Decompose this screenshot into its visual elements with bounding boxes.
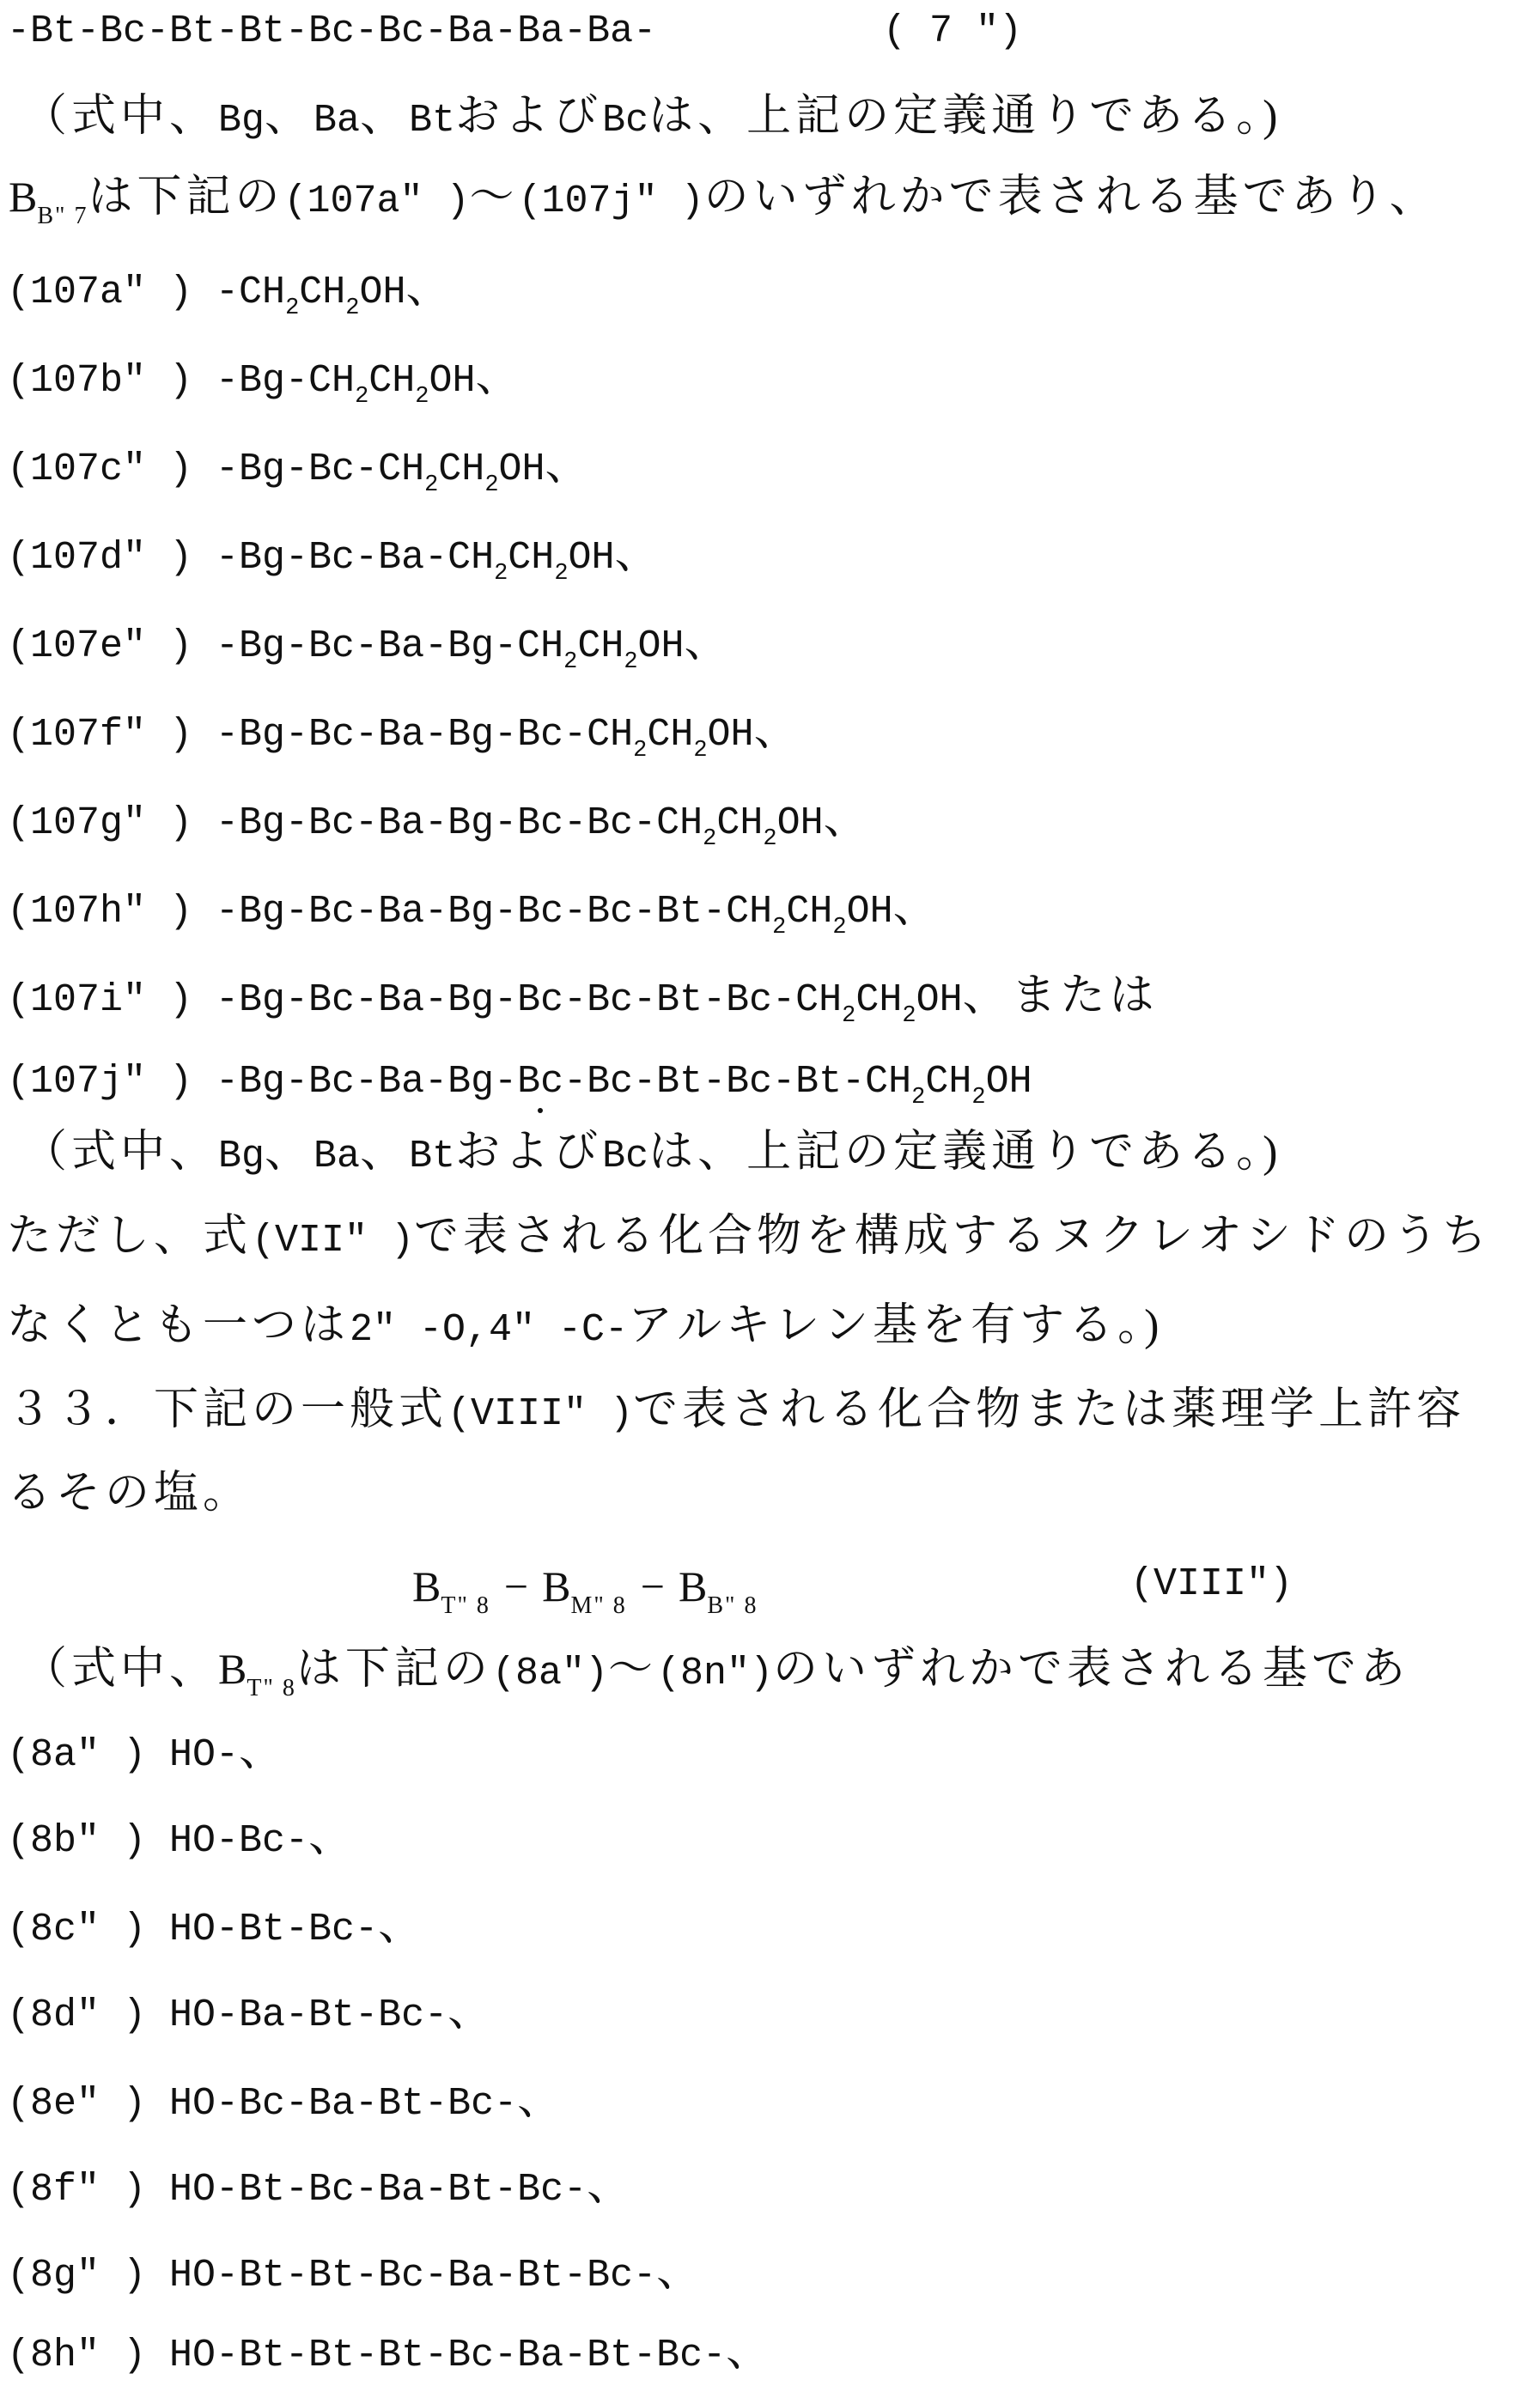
proviso-line-1: ただし、式(VII" )で表される化合物を構成するヌクレオシドのうち	[7, 1214, 1491, 1260]
claim-33-line-2: るその塩。	[7, 1471, 252, 1516]
group-107g: (107g" ) -Bg-Bc-Ba-Bg-Bc-Bc-CH2CH2OH、	[7, 797, 873, 843]
group-107c: (107c" ) -Bg-Bc-CH2CH2OH、	[7, 443, 594, 489]
group-8e: (8e" ) HO-Bc-Ba-Bt-Bc-、	[7, 2078, 566, 2123]
group-107j: (107j" ) -Bg-Bc-Ba-Bg-Bc-Bc-Bt-Bc-Bt-CH2…	[7, 1062, 1032, 1101]
group-8f: (8f" ) HO-Bt-Bc-Ba-Bt-Bc-、	[7, 2164, 636, 2209]
b-t8-intro: （式中、BT" 8は下記の(8a")～(8n")のいずれかで表される基であ	[22, 1647, 1409, 1693]
group-107a: (107a" ) -CH2CH2OH、	[7, 266, 455, 312]
group-107d: (107d" ) -Bg-Bc-Ba-CH2CH2OH、	[7, 532, 664, 577]
group-107b: (107b" ) -Bg-CH2CH2OH、	[7, 355, 525, 400]
b-b7-intro: BB" 7は下記の(107a" )～(107j" )のいずれかで表される基であり…	[9, 175, 1439, 221]
group-107i: (107i" ) -Bg-Bc-Ba-Bg-Bc-Bc-Bt-Bc-CH2CH2…	[7, 974, 1159, 1019]
group-8c: (8c" ) HO-Bt-Bc-、	[7, 1903, 427, 1949]
group-8d: (8d" ) HO-Ba-Bt-Bc-、	[7, 1989, 496, 2035]
group-8a: (8a" ) HO-、	[7, 1729, 288, 1774]
group-107e: (107e" ) -Bg-Bc-Ba-Bg-CH2CH2OH、	[7, 620, 733, 666]
formula-7-chain: -Bt-Bc-Bt-Bt-Bc-Bc-Ba-Ba-Ba-( 7 ")	[7, 12, 656, 51]
patent-document-page: -Bt-Bc-Bt-Bt-Bc-Bc-Ba-Ba-Ba-( 7 ") （式中、B…	[0, 0, 1540, 2392]
formula-viii: BT" 8−BM" 8−BB" 8(VIII")	[412, 1565, 758, 1608]
group-107f: (107f" ) -Bg-Bc-Ba-Bg-Bc-CH2CH2OH、	[7, 709, 803, 754]
group-107h: (107h" ) -Bg-Bc-Ba-Bg-Bc-Bc-Bt-CH2CH2OH、	[7, 886, 942, 931]
proviso-line-2: なくとも一つは2" -O,4" -C-アルキレン基を有する。)	[7, 1304, 1163, 1349]
note-definitions-1: （式中、Bg、Ba、BtおよびBcは、上記の定義通りである。)	[22, 94, 1281, 140]
claim-33-line-1: ３３．下記の一般式(VIII" )で表される化合物または薬理学上許容	[7, 1388, 1465, 1433]
group-8h: (8h" ) HO-Bt-Bt-Bt-Bc-Ba-Bt-Bc-、	[7, 2329, 775, 2375]
stray-dot	[538, 1103, 543, 1117]
group-8b: (8b" ) HO-Bc-、	[7, 1815, 357, 1860]
group-8g: (8g" ) HO-Bt-Bt-Bc-Ba-Bt-Bc-、	[7, 2249, 705, 2295]
note-definitions-2: （式中、Bg、Ba、BtおよびBcは、上記の定義通りである。)	[22, 1130, 1281, 1176]
